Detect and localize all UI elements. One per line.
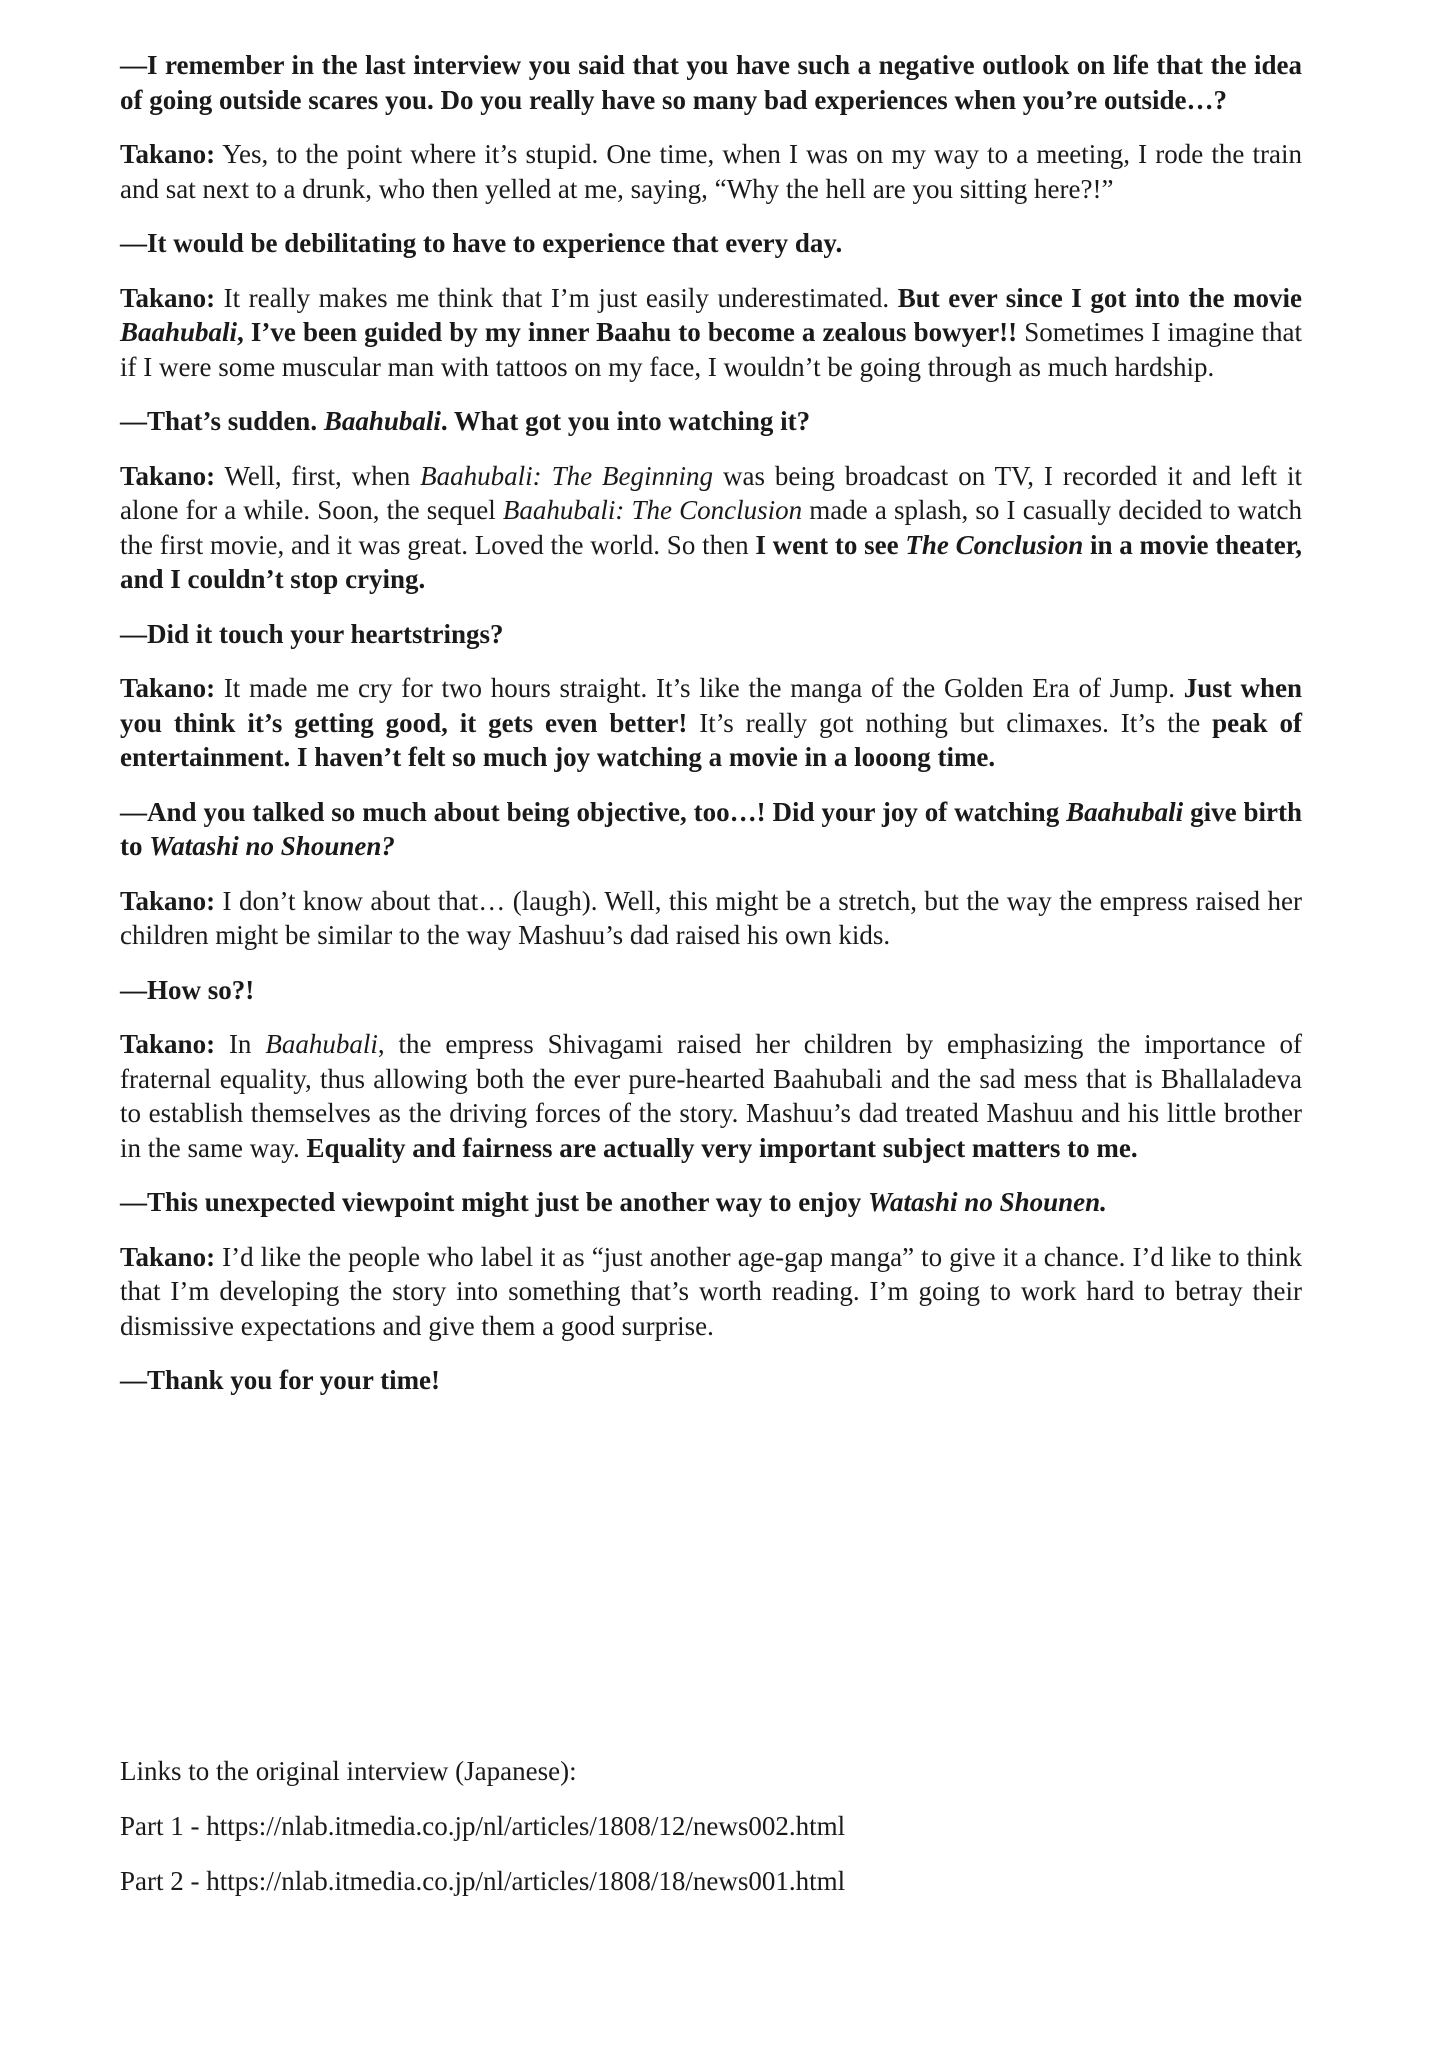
interviewer-question: —This unexpected viewpoint might just be… — [120, 1185, 1302, 1220]
links-heading: Links to the original interview (Japanes… — [120, 1754, 1302, 1788]
interviewer-question: —How so?! — [120, 973, 1302, 1008]
text-run: Baahubali — [1066, 797, 1183, 827]
text-run: I went to see — [755, 530, 905, 560]
interviewer-question: —Thank you for your time! — [120, 1363, 1302, 1398]
interviewer-question: —I remember in the last interview you sa… — [120, 48, 1302, 117]
text-run: I’d like the people who label it as “jus… — [120, 1242, 1302, 1341]
text-run: , I’ve been guided by my inner Baahu to … — [237, 317, 1017, 347]
text-run: Baahubali — [120, 317, 237, 347]
text-run: It’s really got nothing but climaxes. It… — [687, 708, 1212, 738]
speaker-label: Takano: — [120, 139, 215, 169]
takano-answer: Takano: It really makes me think that I’… — [120, 281, 1302, 385]
text-run: Baahubali: The Conclusion — [503, 495, 802, 525]
takano-answer: Takano: In Baahubali, the empress Shivag… — [120, 1027, 1302, 1165]
link-item-part-1: Part 1 - https://nlab.itmedia.co.jp/nl/a… — [120, 1809, 1302, 1843]
link-label: Part 1 - — [120, 1811, 206, 1841]
text-run: —Did it touch your heartstrings? — [120, 619, 504, 649]
text-run: It made me cry for two hours straight. I… — [215, 673, 1184, 703]
link-item-part-2: Part 2 - https://nlab.itmedia.co.jp/nl/a… — [120, 1864, 1302, 1898]
speaker-label: Takano: — [120, 886, 215, 916]
text-run: In — [215, 1029, 265, 1059]
link-url[interactable]: https://nlab.itmedia.co.jp/nl/articles/1… — [206, 1811, 845, 1841]
text-run: —That’s sudden. — [120, 406, 324, 436]
text-run: Yes, to the point where it’s stupid. One… — [120, 139, 1302, 204]
interviewer-question: —Did it touch your heartstrings? — [120, 617, 1302, 652]
text-run: Baahubali — [265, 1029, 378, 1059]
text-run: But ever since I got into the movie — [898, 283, 1302, 313]
text-run: Baahubali — [324, 406, 441, 436]
speaker-label: Takano: — [120, 1242, 215, 1272]
interview-body: —I remember in the last interview you sa… — [120, 48, 1302, 1418]
text-run: —Thank you for your time! — [120, 1365, 440, 1395]
text-run: Watashi no Shounen. — [868, 1187, 1107, 1217]
takano-answer: Takano: Well, first, when Baahubali: The… — [120, 459, 1302, 597]
text-run: Baahubali: The Beginning — [420, 461, 713, 491]
text-run: Equality and fairness are actually very … — [306, 1133, 1137, 1163]
text-run: Watashi no Shounen? — [149, 831, 395, 861]
text-run: —This unexpected viewpoint might just be… — [120, 1187, 868, 1217]
text-run: It really makes me think that I’m just e… — [215, 283, 898, 313]
speaker-label: Takano: — [120, 1029, 215, 1059]
text-run: . What got you into watching it? — [441, 406, 810, 436]
text-run: I don’t know about that… (laugh). Well, … — [120, 886, 1302, 951]
takano-answer: Takano: It made me cry for two hours str… — [120, 671, 1302, 775]
takano-answer: Takano: I don’t know about that… (laugh)… — [120, 884, 1302, 953]
text-run: —I remember in the last interview you sa… — [120, 50, 1302, 115]
links-section: Links to the original interview (Japanes… — [120, 1754, 1302, 1919]
interviewer-question: —It would be debilitating to have to exp… — [120, 226, 1302, 261]
text-run: The Conclusion — [905, 530, 1083, 560]
text-run: Well, first, when — [215, 461, 420, 491]
text-run: —How so?! — [120, 975, 254, 1005]
link-url[interactable]: https://nlab.itmedia.co.jp/nl/articles/1… — [206, 1866, 845, 1896]
speaker-label: Takano: — [120, 461, 215, 491]
interviewer-question: —And you talked so much about being obje… — [120, 795, 1302, 864]
speaker-label: Takano: — [120, 673, 215, 703]
interviewer-question: —That’s sudden. Baahubali. What got you … — [120, 404, 1302, 439]
text-run: —And you talked so much about being obje… — [120, 797, 1066, 827]
takano-answer: Takano: I’d like the people who label it… — [120, 1240, 1302, 1344]
text-run: —It would be debilitating to have to exp… — [120, 228, 842, 258]
speaker-label: Takano: — [120, 283, 215, 313]
link-label: Part 2 - — [120, 1866, 206, 1896]
takano-answer: Takano: Yes, to the point where it’s stu… — [120, 137, 1302, 206]
